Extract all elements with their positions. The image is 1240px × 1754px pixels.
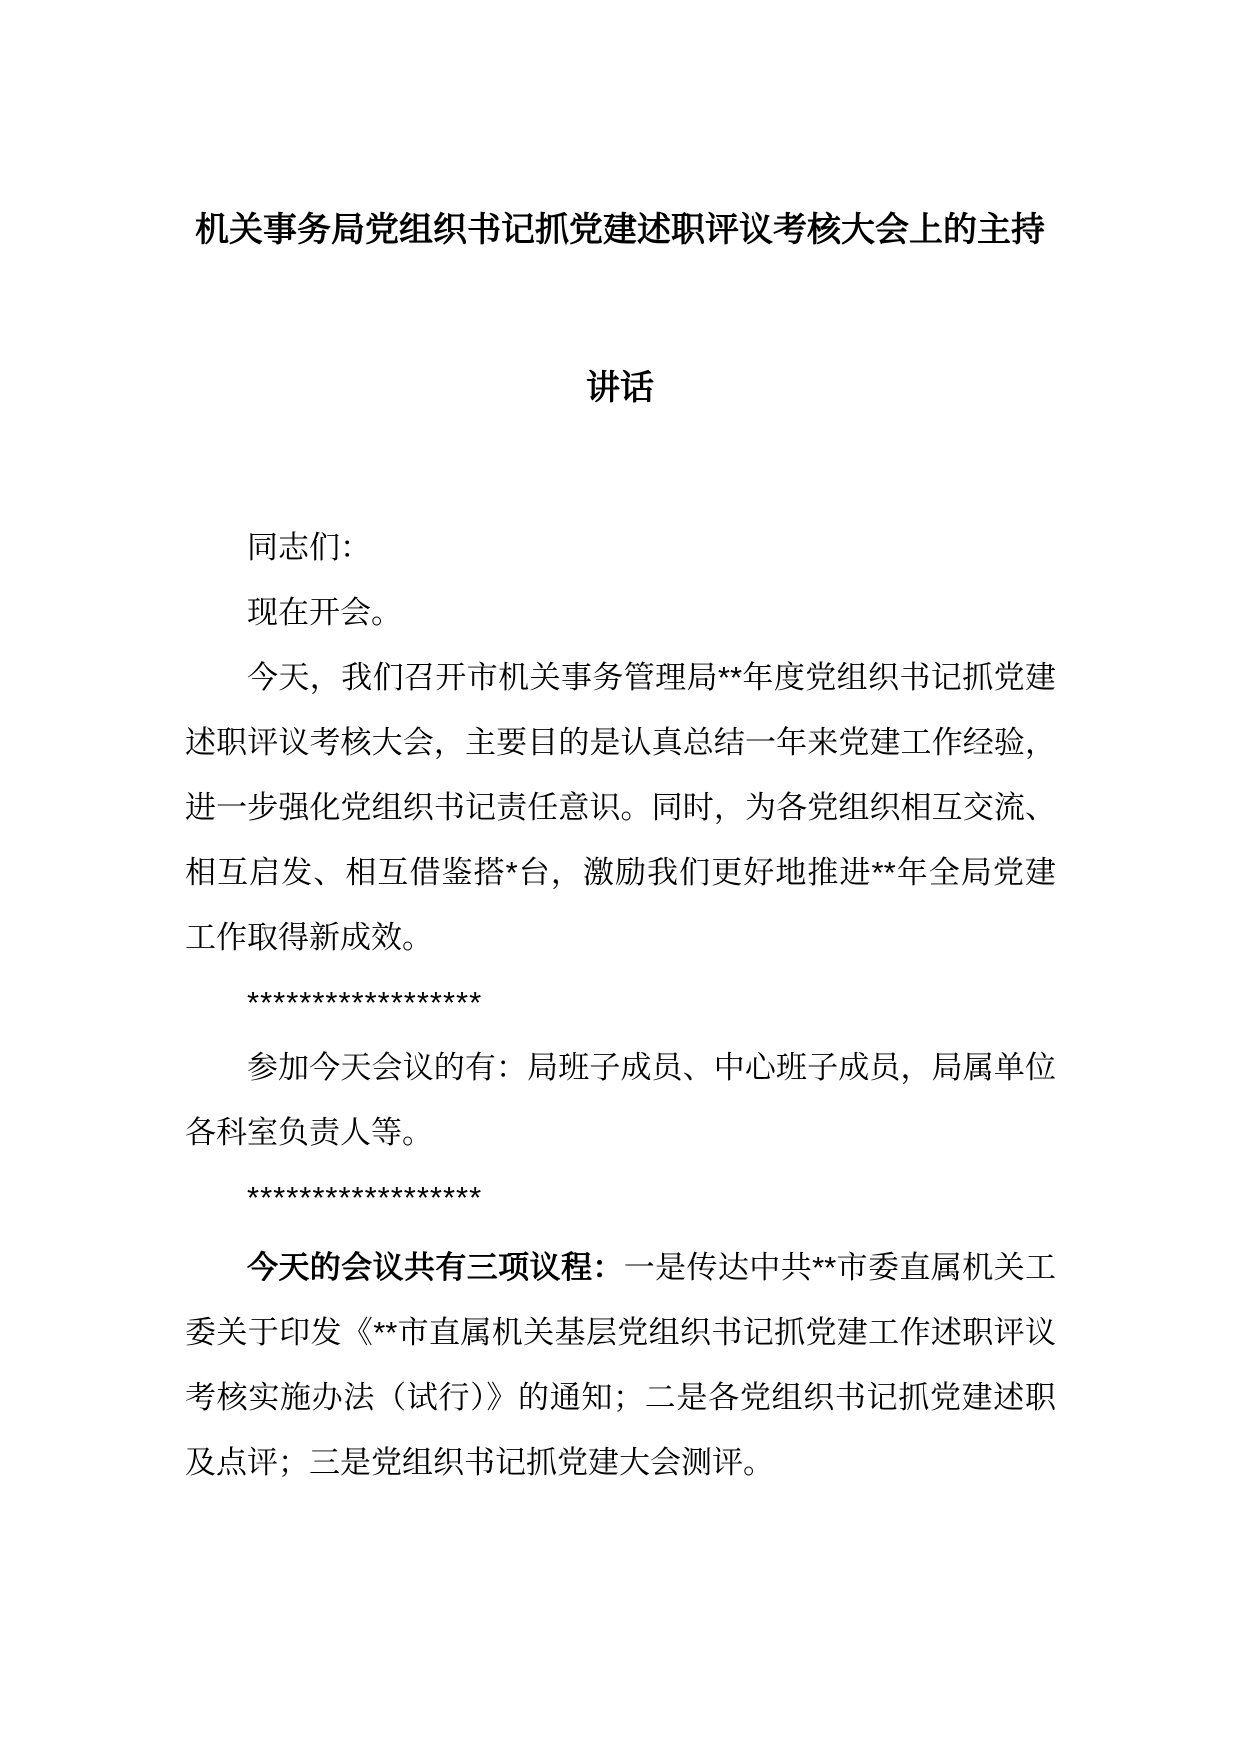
document-page: 机关事务局党组织书记抓党建述职评议考核大会上的主持 讲话 同志们： 现在开会。 … <box>0 0 1240 1754</box>
paragraph-intro: 今天，我们召开市机关事务管理局**年度党组织书记抓党建述职评议考核大会，主要目的… <box>185 645 1056 970</box>
document-body: 同志们： 现在开会。 今天，我们召开市机关事务管理局**年度党组织书记抓党建述职… <box>185 515 1056 1495</box>
document-title-line-1: 机关事务局党组织书记抓党建述职评议考核大会上的主持 <box>0 213 1240 247</box>
paragraph-salutation: 同志们： <box>185 515 1056 580</box>
asterisk-divider-2: ****************** <box>185 1165 1056 1230</box>
agenda-lead-bold: 今天的会议共有三项议程： <box>247 1250 624 1285</box>
asterisk-divider-1: ****************** <box>185 970 1056 1035</box>
document-title-line-2: 讲话 <box>0 371 1240 405</box>
paragraph-opening: 现在开会。 <box>185 580 1056 645</box>
paragraph-agenda: 今天的会议共有三项议程：一是传达中共**市委直属机关工委关于印发《**市直属机关… <box>185 1235 1056 1495</box>
paragraph-attendees: 参加今天会议的有：局班子成员、中心班子成员，局属单位各科室负责人等。 <box>185 1035 1056 1165</box>
